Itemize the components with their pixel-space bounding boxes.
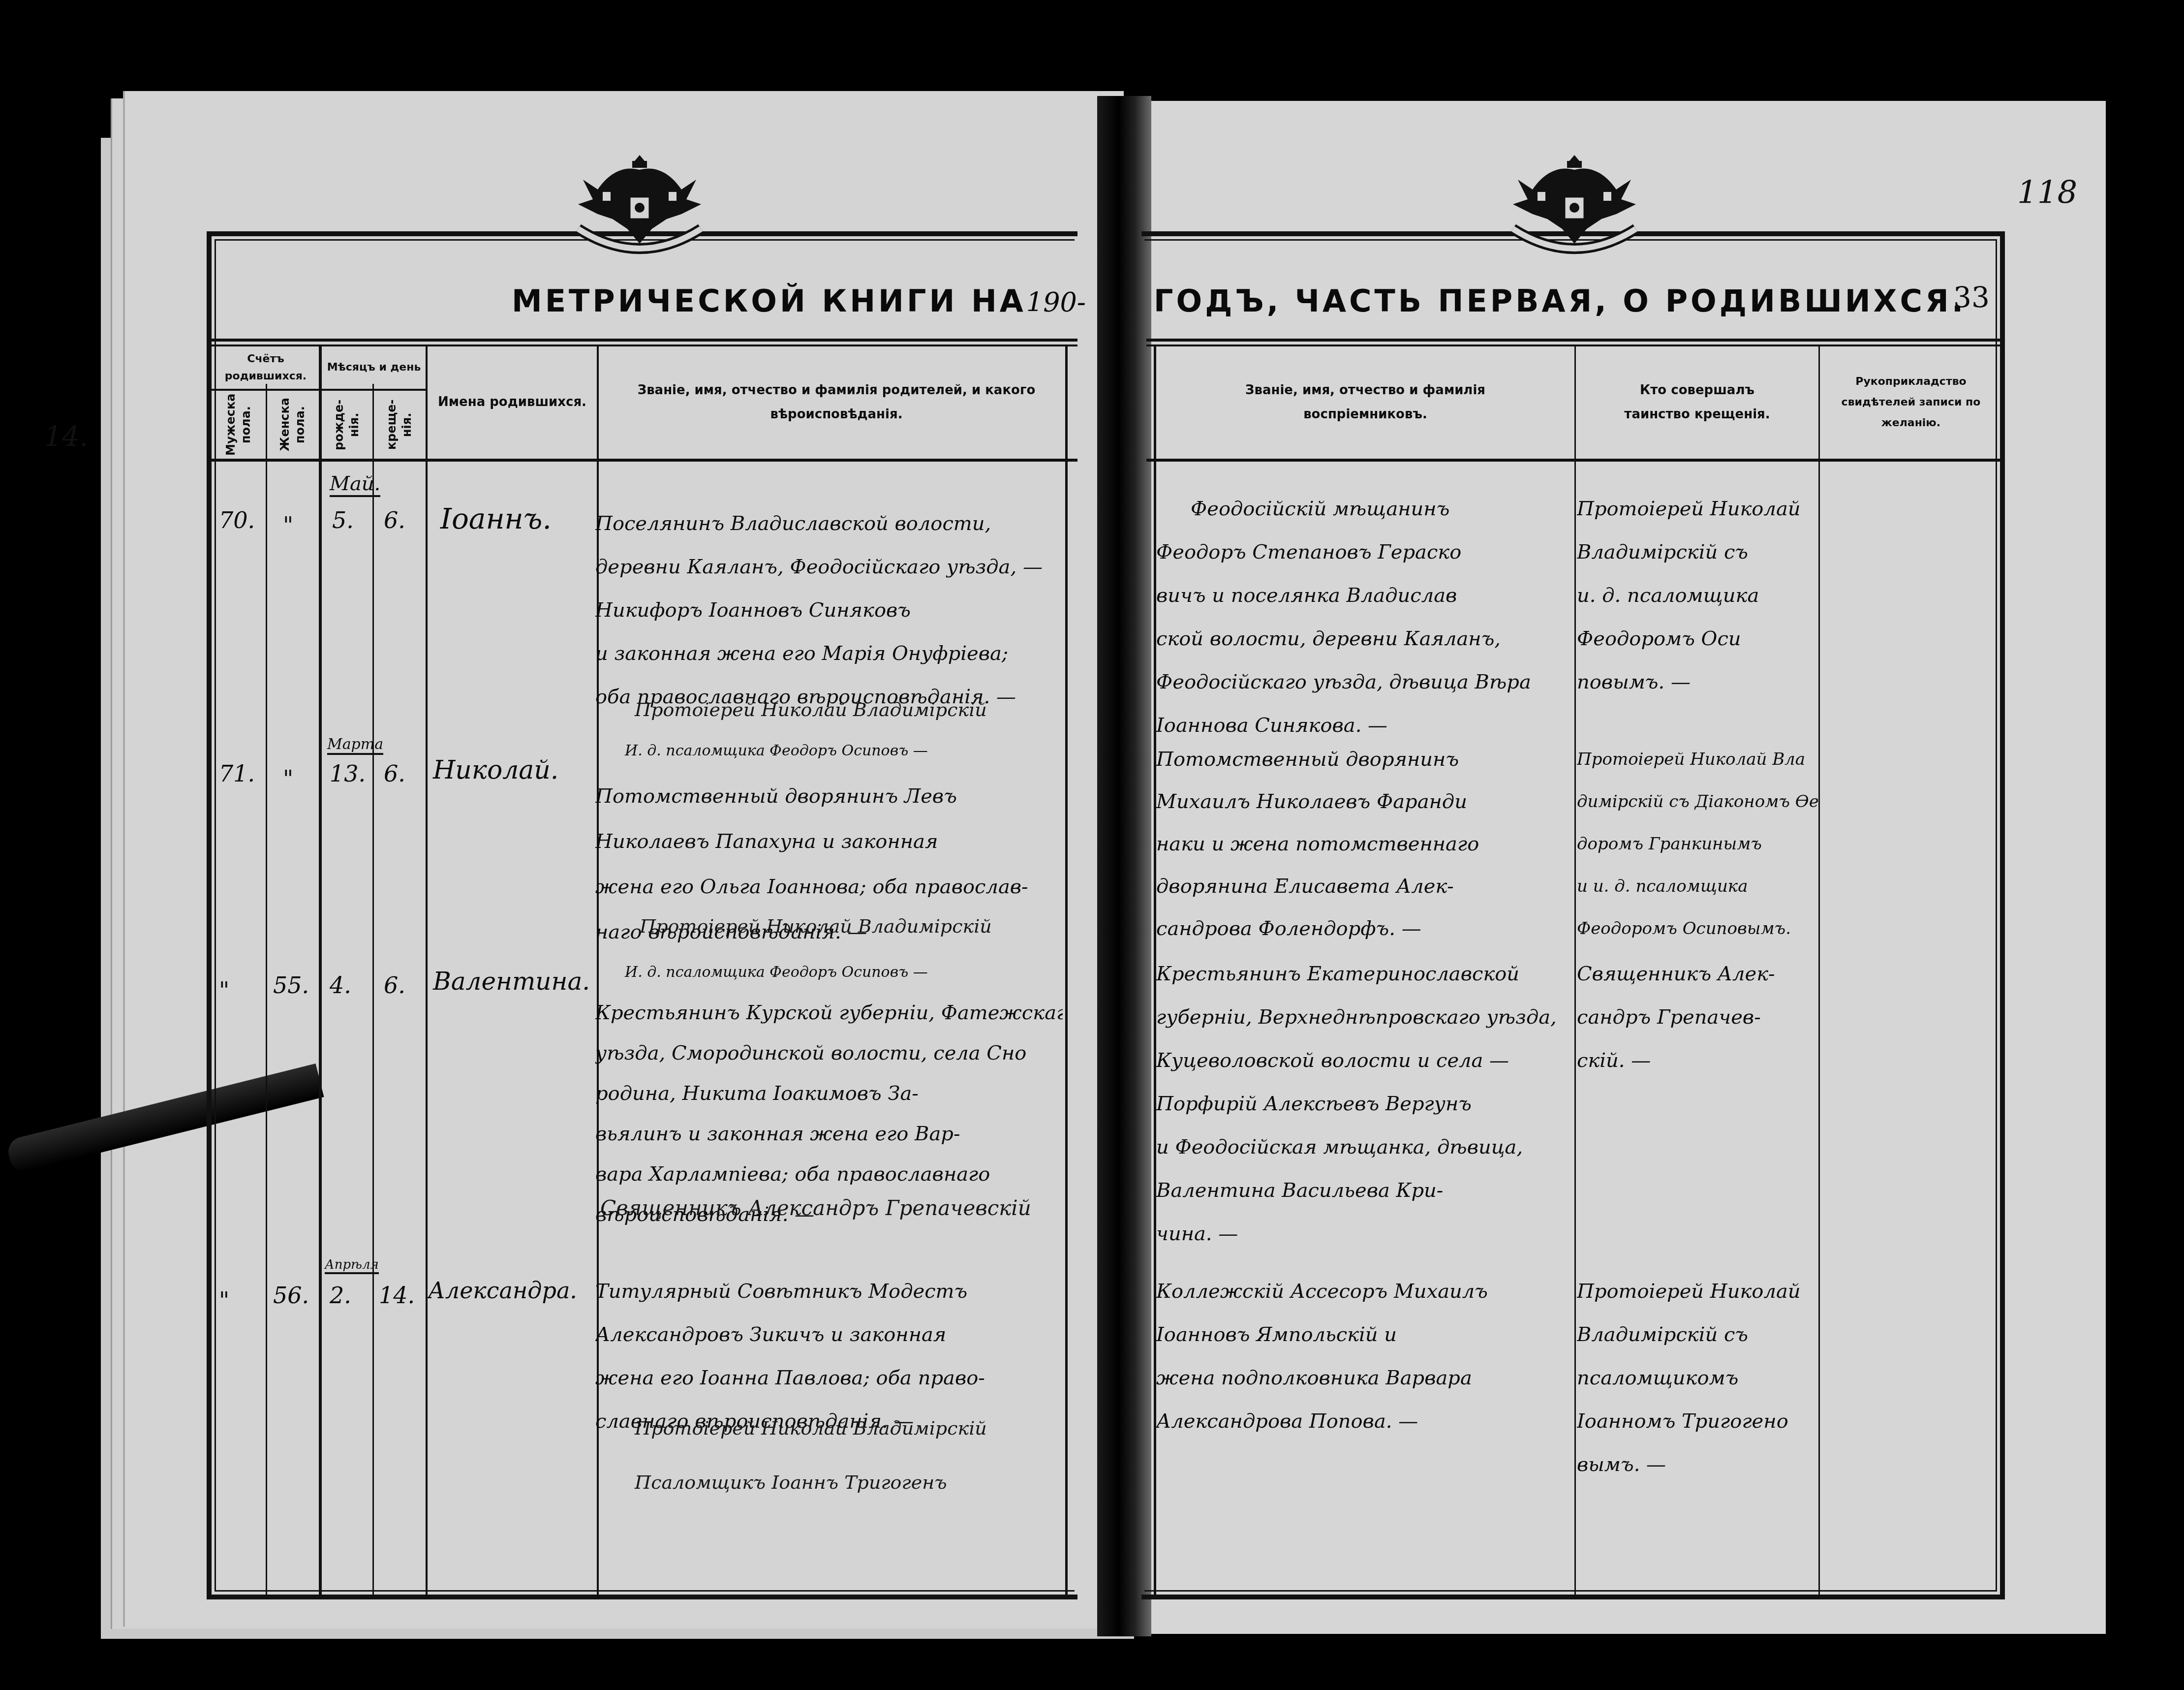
column-divider — [426, 346, 428, 1595]
header-bottom-rule — [212, 459, 1077, 462]
text-line: Владимірскій съ — [1577, 1313, 1818, 1356]
header-text: Мужеска пола. — [223, 391, 254, 459]
text-line: Потомственный дворянинъ — [1156, 738, 1572, 781]
text-line: Николаевъ Папахуна и законная — [595, 819, 1063, 864]
text-line: чина. — — [1156, 1212, 1572, 1255]
record-baptism-day: 6. — [384, 507, 405, 533]
imperial-eagle-emblem-icon — [568, 145, 711, 258]
book-title-right: ГОДЪ, ЧАСТЬ ПЕРВАЯ, О РОДИВШИХСЯ. — [1154, 283, 1966, 319]
record-signature: Священникъ Александръ Грепачевскій — [600, 1196, 1031, 1220]
record-child-name: Николай. — [433, 755, 558, 785]
record-female-number: " — [283, 512, 293, 538]
header-count-group: Счётъ родившихся. — [212, 346, 320, 389]
book-title-left: МЕТРИЧЕСКОЙ КНИГИ НА190- — [512, 283, 1086, 319]
text-line: и Феодосійская мѣщанка, дѣвица, — [1156, 1126, 1572, 1169]
record-month: Марта — [327, 736, 383, 755]
record-priest: Протоіерей Николай Владимірскій съ псало… — [1577, 1270, 1818, 1486]
header-names: Имена родившихся. — [428, 346, 597, 459]
text-line: и и. д. псаломщика — [1577, 865, 1818, 908]
text-line: Феодоръ Степановъ Гераско — [1156, 531, 1572, 574]
record-signature-psalmist: Псаломщикъ Іоаннъ Тригогенъ — [635, 1471, 947, 1493]
header-count-female: Женска пола. — [267, 391, 319, 459]
text-line: губерніи, Верхнеднѣпровскаго уѣзда, — [1156, 996, 1572, 1039]
record-parents: Поселянинъ Владиславской волости, деревн… — [595, 502, 1063, 719]
text-line: и. д. псаломщика — [1577, 574, 1818, 617]
record-baptism-day: 6. — [384, 972, 405, 999]
record-godparents: Феодосійскій мѣщанинъ Феодоръ Степановъ … — [1156, 487, 1572, 747]
text-line: Порфирій Алексѣевъ Вергунъ — [1156, 1082, 1572, 1126]
header-priest: Кто совершалъ таинство крещенія. — [1576, 346, 1818, 459]
text-line: Потомственный дворянинъ Левъ — [595, 774, 1063, 819]
text-line: доромъ Гранкинымъ — [1577, 823, 1818, 865]
record-signature: Протоіерей Николай Владимірскій — [640, 915, 992, 937]
record-godparents: Крестьянинъ Екатеринославской губерніи, … — [1156, 952, 1572, 1255]
record-male-number: " — [219, 1287, 229, 1314]
text-line: Валентина Васильева Кри- — [1156, 1169, 1572, 1212]
text-line: вара Харлампіева; оба православнаго — [595, 1154, 1063, 1194]
header-godparents: Званіе, имя, отчество и фамилія воспріем… — [1156, 346, 1574, 459]
text-line: И. д. псаломщика Феодоръ Осиповъ — — [595, 952, 1063, 993]
text-line: Александровъ Зикичъ и законная — [595, 1313, 1063, 1356]
record-godparents: Коллежскій Ассесоръ Михаилъ Іоанновъ Ямп… — [1156, 1270, 1572, 1443]
text-line: Феодоромъ Оси — [1577, 617, 1818, 660]
record-month: Май. — [330, 472, 380, 497]
text-line: Поселянинъ Владиславской волости, — [595, 502, 1063, 545]
text-line: деревни Каяланъ, Феодосійскаго уѣзда, — — [595, 545, 1063, 589]
text-line: скій. — — [1577, 1039, 1818, 1082]
record-child-name: Александра. — [428, 1277, 577, 1304]
record-priest: Протоіерей Николай Вла димірскій съ Діак… — [1577, 738, 1818, 950]
header-count-male: Мужеска пола. — [212, 391, 266, 459]
text-line: Протоіерей Николай Вла — [1577, 738, 1818, 781]
record-birth-day: 13. — [330, 760, 366, 787]
record-godparents: Потомственный дворянинъ Михаилъ Николаев… — [1156, 738, 1572, 950]
column-divider — [372, 384, 374, 1595]
text-line: Протоіерей Николай — [1577, 487, 1818, 531]
column-divider — [266, 384, 267, 1595]
record-month: Апрѣля — [325, 1257, 379, 1274]
record-signature: Протоіерей Николай Владимірскій — [635, 1417, 987, 1439]
text-line: Священникъ Алек- — [1577, 952, 1818, 996]
text-line: ской волости, деревни Каяланъ, — [1156, 617, 1572, 660]
record-female-number: " — [283, 765, 293, 792]
column-divider — [319, 346, 322, 1595]
text-line: вьялинъ и законная жена его Вар- — [595, 1114, 1063, 1154]
header-date-birth: рожде-нія. — [322, 391, 372, 459]
header-rule — [1146, 339, 2002, 346]
record-birth-day: 4. — [330, 972, 351, 999]
header-text: креще-нія. — [384, 391, 415, 459]
record-child-name: Іоаннъ. — [440, 502, 552, 535]
record-child-name: Валентина. — [433, 967, 590, 996]
year-handwritten: 190- — [1026, 287, 1086, 318]
record-birth-day: 5. — [332, 507, 354, 533]
text-line: Феодоромъ Осиповымъ. — [1577, 908, 1818, 950]
text-line: Крестьянинъ Курской губерніи, Фатежскаго — [595, 993, 1063, 1033]
text-line: Куцеволовской волости и села — — [1156, 1039, 1572, 1082]
text-line: Титулярный Совѣтникъ Модестъ — [595, 1270, 1063, 1313]
record-birth-day: 2. — [330, 1282, 351, 1309]
record-signature: Протоіерей Николай Владимірскій — [635, 699, 987, 720]
text-line: дворянина Елисавета Алек- — [1156, 865, 1572, 908]
title-text: МЕТРИЧЕСКОЙ КНИГИ НА — [512, 283, 1026, 319]
imperial-eagle-emblem-icon — [1503, 145, 1646, 258]
text-line: уѣзда, Смородинской волости, села Сно — [595, 1033, 1063, 1073]
header-date-group: Мѣсяцъ и день — [322, 346, 426, 389]
header-rule — [212, 339, 1077, 346]
text-line: димірскій съ Діакономъ Ѳе — [1577, 781, 1818, 823]
text-line: жена подполковника Варвара — [1156, 1356, 1572, 1400]
header-parents: Званіе, имя, отчество и фамилія родителе… — [610, 346, 1063, 459]
text-line: и законная жена его Марія Онуфріева; — [595, 632, 1063, 675]
text-line: Михаилъ Николаевъ Фаранди — [1156, 781, 1572, 823]
record-female-number: 56. — [273, 1282, 309, 1309]
text-line: жена его Іоанна Павлова; оба право- — [595, 1356, 1063, 1400]
text-line: Александрова Попова. — — [1156, 1400, 1572, 1443]
text-line: Іоанномъ Тригогено — [1577, 1400, 1818, 1443]
column-divider — [1065, 346, 1068, 1595]
header-signatures: Рукоприкладство свидѣтелей записи по жел… — [1820, 346, 2002, 459]
text-line: Крестьянинъ Екатеринославской — [1156, 952, 1572, 996]
record-parents: И. д. псаломщика Феодоръ Осиповъ — Крест… — [595, 952, 1063, 1235]
record-female-number: 55. — [273, 972, 309, 999]
text-line: вымъ. — — [1577, 1443, 1818, 1486]
text-line: вичъ и поселянка Владислав — [1156, 574, 1572, 617]
record-baptism-day: 14. — [379, 1282, 415, 1309]
text-line: Коллежскій Ассесоръ Михаилъ — [1156, 1270, 1572, 1313]
text-line: сандрова Фолендорфъ. — — [1156, 908, 1572, 950]
record-male-number: " — [219, 977, 229, 1003]
text-line: Іоанновъ Ямпольскій и — [1156, 1313, 1572, 1356]
text-line: И. д. псаломщика Феодоръ Осиповъ — — [595, 728, 1063, 774]
text-line: жена его Ольга Іоаннова; оба православ- — [595, 864, 1063, 909]
header-text: рожде-нія. — [332, 391, 362, 459]
record-priest: Священникъ Алек- сандръ Грепачев- скій. … — [1577, 952, 1818, 1082]
text-line: Владимірскій съ — [1577, 531, 1818, 574]
text-line: повымъ. — — [1577, 660, 1818, 704]
text-line: Протоіерей Николай — [1577, 1270, 1818, 1313]
text-line: сандръ Грепачев- — [1577, 996, 1818, 1039]
archive-folio-number: 118 — [2017, 175, 2077, 211]
header-text: Женска пола. — [277, 391, 308, 459]
text-line: псаломщикомъ — [1577, 1356, 1818, 1400]
record-male-number: 71. — [219, 760, 255, 787]
record-priest: Протоіерей Николай Владимірскій съ и. д.… — [1577, 487, 1818, 704]
left-margin-note: 14. — [44, 421, 88, 453]
column-divider — [1818, 346, 1820, 1595]
header-date-baptism: креще-нія. — [374, 391, 426, 459]
record-baptism-day: 6. — [384, 760, 405, 787]
text-line: Феодосійскій мѣщанинъ — [1156, 487, 1572, 531]
text-line: наки и жена потомственнаго — [1156, 823, 1572, 865]
record-male-number: 70. — [219, 507, 255, 533]
column-divider — [1574, 346, 1576, 1595]
page-number: 33 — [1953, 281, 1990, 314]
text-line: родина, Никита Іоакимовъ За- — [595, 1073, 1063, 1114]
text-line: Никифоръ Іоанновъ Синяковъ — [595, 589, 1063, 632]
text-line: Феодосійскаго уѣзда, дѣвица Вѣра — [1156, 660, 1572, 704]
